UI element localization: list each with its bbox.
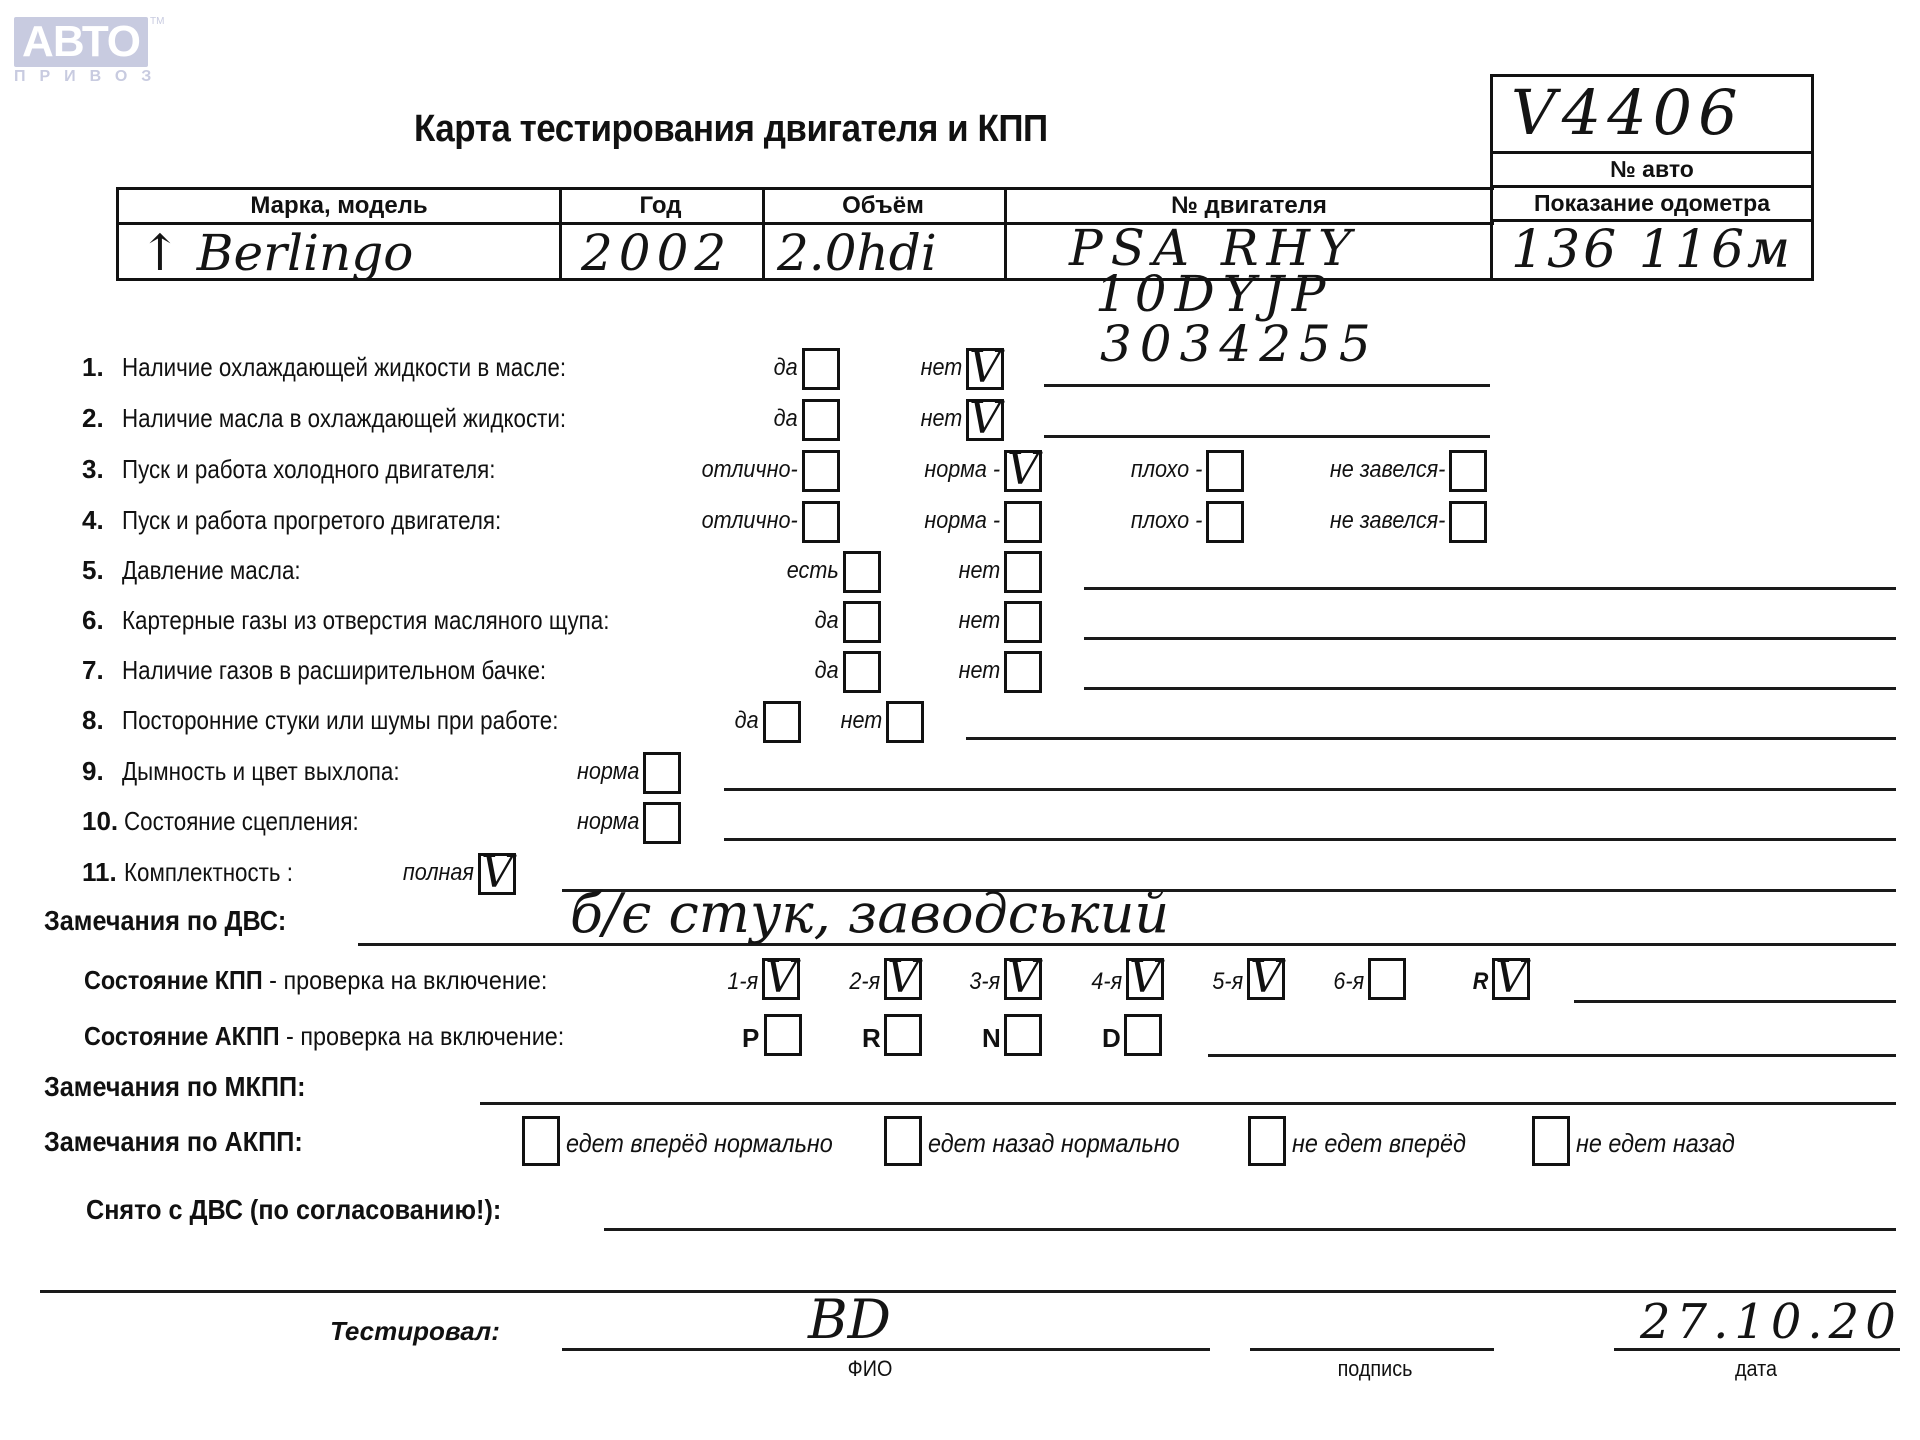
akpp-position-checkbox[interactable] xyxy=(764,1014,802,1056)
separator-line xyxy=(40,1290,1896,1293)
engine-number-value-line2[interactable]: 10DYJP xyxy=(1095,268,1333,320)
check-comment-line[interactable] xyxy=(724,788,1896,791)
check-mark-icon: V xyxy=(1495,953,1527,1003)
check-label: Давление масла: xyxy=(122,555,301,586)
gear-checkbox[interactable] xyxy=(1368,958,1406,1000)
check-option-label: да xyxy=(815,657,839,685)
akpp-position-label: R xyxy=(862,1023,881,1054)
check-number: 3. xyxy=(82,454,104,485)
check-option-label: норма xyxy=(577,808,639,836)
check-option-label: отлично- xyxy=(702,507,798,535)
engine-number-value-line3[interactable]: 3034255 xyxy=(1100,318,1379,370)
check-option-checkbox[interactable] xyxy=(843,651,881,693)
check-mark-icon: V xyxy=(969,394,1001,444)
col-header-engine-number: № двигателя xyxy=(1004,190,1494,222)
check-label: Картерные газы из отверстия масляного щу… xyxy=(122,605,609,636)
akpp-remarks-line xyxy=(1208,1054,1896,1057)
check-mark-icon: V xyxy=(765,953,797,1003)
check-comment-line[interactable] xyxy=(1084,637,1896,640)
check-option-checkbox[interactable] xyxy=(643,802,681,844)
gear-checkbox[interactable]: V xyxy=(884,958,922,1000)
gear-label: R xyxy=(1472,968,1488,996)
gear-label: 4-я xyxy=(1091,968,1122,996)
check-label: Посторонние стуки или шумы при работе: xyxy=(122,705,558,736)
date-caption: дата xyxy=(1711,1356,1801,1382)
col-header-model: Марка, модель xyxy=(119,190,559,222)
col-header-volume: Объём xyxy=(762,190,1004,222)
check-comment-line[interactable] xyxy=(1084,687,1896,690)
check-option-label: полная xyxy=(403,859,474,887)
check-option-checkbox[interactable] xyxy=(1206,501,1244,543)
watermark-trademark: TM xyxy=(150,16,164,27)
odometer-value[interactable]: 136 116м xyxy=(1511,221,1793,279)
volume-value[interactable]: 2.0hdi xyxy=(777,225,937,281)
tester-name-caption: ФИО xyxy=(825,1356,915,1382)
akpp-remark-checkbox[interactable] xyxy=(1248,1116,1286,1166)
engine-remarks-value[interactable]: б/є стук, заводський xyxy=(570,884,1169,944)
check-option-label: да xyxy=(815,607,839,635)
check-option-label: нет xyxy=(958,657,1000,685)
check-label: Комплектность : xyxy=(124,857,293,888)
check-number: 10. xyxy=(82,806,118,837)
check-comment-line[interactable] xyxy=(1084,587,1896,590)
document-title: Карта тестирования двигателя и КПП xyxy=(414,108,1048,151)
akpp-remark-label: едет назад нормально xyxy=(928,1128,1180,1159)
gear-checkbox[interactable]: V xyxy=(1004,958,1042,1000)
check-number: 5. xyxy=(82,555,104,586)
mkpp-remarks-label: Замечания по МКПП: xyxy=(44,1071,306,1103)
check-mark-icon: V xyxy=(481,848,513,898)
check-comment-line[interactable] xyxy=(1044,384,1490,387)
check-option-checkbox[interactable] xyxy=(1449,501,1487,543)
check-label: Пуск и работа холодного двигателя: xyxy=(122,454,495,485)
auto-number-label: № авто xyxy=(1493,154,1811,185)
check-number: 1. xyxy=(82,352,104,383)
check-option-label: нет xyxy=(920,405,962,433)
check-option-checkbox[interactable] xyxy=(763,701,801,743)
akpp-position-checkbox[interactable] xyxy=(1004,1014,1042,1056)
check-label: Наличие газов в расширительном бачке: xyxy=(122,655,546,686)
tested-by-label: Тестировал: xyxy=(330,1316,500,1347)
akpp-label-bold: Состояние АКПП xyxy=(84,1021,280,1051)
check-label: Наличие охлаждающей жидкости в масле: xyxy=(122,352,566,383)
akpp-remark-checkbox[interactable] xyxy=(522,1116,560,1166)
check-comment-line[interactable] xyxy=(1044,435,1490,438)
check-number: 4. xyxy=(82,505,104,536)
signature-caption: подпись xyxy=(1326,1356,1425,1382)
check-option-checkbox[interactable] xyxy=(843,551,881,593)
check-option-label: есть xyxy=(787,557,839,585)
check-option-label: нет xyxy=(958,607,1000,635)
check-option-label: нет xyxy=(840,707,882,735)
check-option-label: да xyxy=(735,707,759,735)
date-value[interactable]: 27.10.20 xyxy=(1640,1294,1902,1350)
check-option-checkbox[interactable] xyxy=(886,701,924,743)
check-option-label: да xyxy=(774,354,798,382)
akpp-position-checkbox[interactable] xyxy=(1124,1014,1162,1056)
check-mark-icon: V xyxy=(1007,953,1039,1003)
check-option-label: да xyxy=(774,405,798,433)
gear-checkbox[interactable]: V xyxy=(762,958,800,1000)
gear-label: 2-я xyxy=(849,968,880,996)
check-option-checkbox[interactable]: V xyxy=(1004,450,1042,492)
removed-line[interactable] xyxy=(604,1228,1896,1231)
check-option-label: норма - xyxy=(924,456,1000,484)
gear-checkbox[interactable]: V xyxy=(1126,958,1164,1000)
akpp-remark-label: не едет вперёд xyxy=(1292,1128,1466,1159)
check-label: Наличие масла в охлаждающей жидкости: xyxy=(122,403,566,434)
check-option-label: нет xyxy=(958,557,1000,585)
check-option-label: плохо - xyxy=(1131,456,1202,484)
check-number: 8. xyxy=(82,705,104,736)
watermark-logo-subtitle: ПРИВОЗ xyxy=(14,68,154,86)
check-option-label: норма - xyxy=(924,507,1000,535)
check-number: 9. xyxy=(82,756,104,787)
gear-label: 3-я xyxy=(969,968,1000,996)
check-option-label: отлично- xyxy=(702,456,798,484)
kpp-label-bold: Состояние КПП xyxy=(84,965,263,995)
akpp-remarks-label: Замечания по АКПП: xyxy=(44,1126,303,1158)
check-option-label: плохо - xyxy=(1131,507,1202,535)
tester-name-value[interactable]: BD xyxy=(808,1290,891,1350)
check-option-checkbox[interactable] xyxy=(1449,450,1487,492)
check-comment-line[interactable] xyxy=(724,838,1896,841)
gear-label: 5-я xyxy=(1212,968,1243,996)
col-header-year: Год xyxy=(559,190,762,222)
check-option-checkbox[interactable] xyxy=(1004,601,1042,643)
date-line[interactable] xyxy=(1614,1348,1900,1351)
kpp-label-rest: - проверка на включение: xyxy=(263,965,548,995)
check-number: 2. xyxy=(82,403,104,434)
check-comment-line[interactable] xyxy=(966,737,1896,740)
gear-checkbox[interactable]: V xyxy=(1247,958,1285,1000)
check-option-checkbox[interactable] xyxy=(643,752,681,794)
check-option-checkbox[interactable] xyxy=(1004,501,1042,543)
check-option-label: не завелся- xyxy=(1329,456,1445,484)
removed-label: Снято с ДВС (по согласованию!): xyxy=(86,1194,501,1226)
mkpp-remarks-line[interactable] xyxy=(480,1102,1896,1105)
akpp-position-label: P xyxy=(742,1023,759,1054)
engine-remarks-label: Замечания по ДВС: xyxy=(44,905,286,937)
check-option-checkbox[interactable] xyxy=(1004,551,1042,593)
akpp-position-label: D xyxy=(1102,1023,1121,1054)
check-option-label: норма xyxy=(577,758,639,786)
check-label: Дымность и цвет выхлопа: xyxy=(122,756,400,787)
check-number: 11. xyxy=(82,857,117,888)
check-mark-icon: V xyxy=(1250,953,1282,1003)
check-option-checkbox[interactable]: V xyxy=(966,399,1004,441)
tester-name-line[interactable] xyxy=(562,1348,1210,1351)
watermark-logo-text: АВТО xyxy=(14,17,148,67)
check-mark-icon: V xyxy=(887,953,919,1003)
check-mark-icon: V xyxy=(1129,953,1161,1003)
check-number: 7. xyxy=(82,655,104,686)
check-mark-icon: V xyxy=(969,343,1001,393)
kpp-remarks-line xyxy=(1574,1000,1896,1003)
akpp-remark-checkbox[interactable] xyxy=(1532,1116,1570,1166)
model-value[interactable]: ↑ Berlingo xyxy=(139,225,413,281)
signature-line[interactable] xyxy=(1250,1348,1494,1351)
check-option-checkbox[interactable]: V xyxy=(478,853,516,895)
year-value[interactable]: 2002 xyxy=(581,225,732,281)
akpp-position-label: N xyxy=(982,1023,1001,1054)
check-label: Пуск и работа прогретого двигателя: xyxy=(122,505,501,536)
check-option-label: не завелся- xyxy=(1329,507,1445,535)
check-option-checkbox[interactable] xyxy=(802,501,840,543)
check-label: Состояние сцепления: xyxy=(124,806,359,837)
odometer-label: Показание одометра xyxy=(1493,188,1811,219)
check-option-label: нет xyxy=(920,354,962,382)
check-option-checkbox[interactable] xyxy=(843,601,881,643)
akpp-label: Состояние АКПП - проверка на включение: xyxy=(84,1021,564,1052)
check-option-checkbox[interactable] xyxy=(802,348,840,390)
check-option-checkbox[interactable] xyxy=(1004,651,1042,693)
auto-number-value[interactable]: V4406 xyxy=(1511,75,1744,151)
check-option-checkbox[interactable] xyxy=(802,450,840,492)
gear-label: 1-я xyxy=(727,968,758,996)
gear-label: 6-я xyxy=(1333,968,1364,996)
check-mark-icon: V xyxy=(1007,445,1039,495)
gear-checkbox[interactable]: V xyxy=(1492,958,1530,1000)
check-option-checkbox[interactable] xyxy=(802,399,840,441)
akpp-remark-label: едет вперёд нормально xyxy=(566,1128,833,1159)
check-number: 6. xyxy=(82,605,104,636)
kpp-label: Состояние КПП - проверка на включение: xyxy=(84,965,547,996)
akpp-remark-checkbox[interactable] xyxy=(884,1116,922,1166)
akpp-remark-label: не едет назад xyxy=(1576,1128,1735,1159)
check-option-checkbox[interactable] xyxy=(1206,450,1244,492)
check-option-checkbox[interactable]: V xyxy=(966,348,1004,390)
akpp-position-checkbox[interactable] xyxy=(884,1014,922,1056)
akpp-label-rest: - проверка на включение: xyxy=(280,1021,565,1051)
vehicle-info-box: V4406 № авто Показание одометра 136 116м xyxy=(1490,74,1814,281)
